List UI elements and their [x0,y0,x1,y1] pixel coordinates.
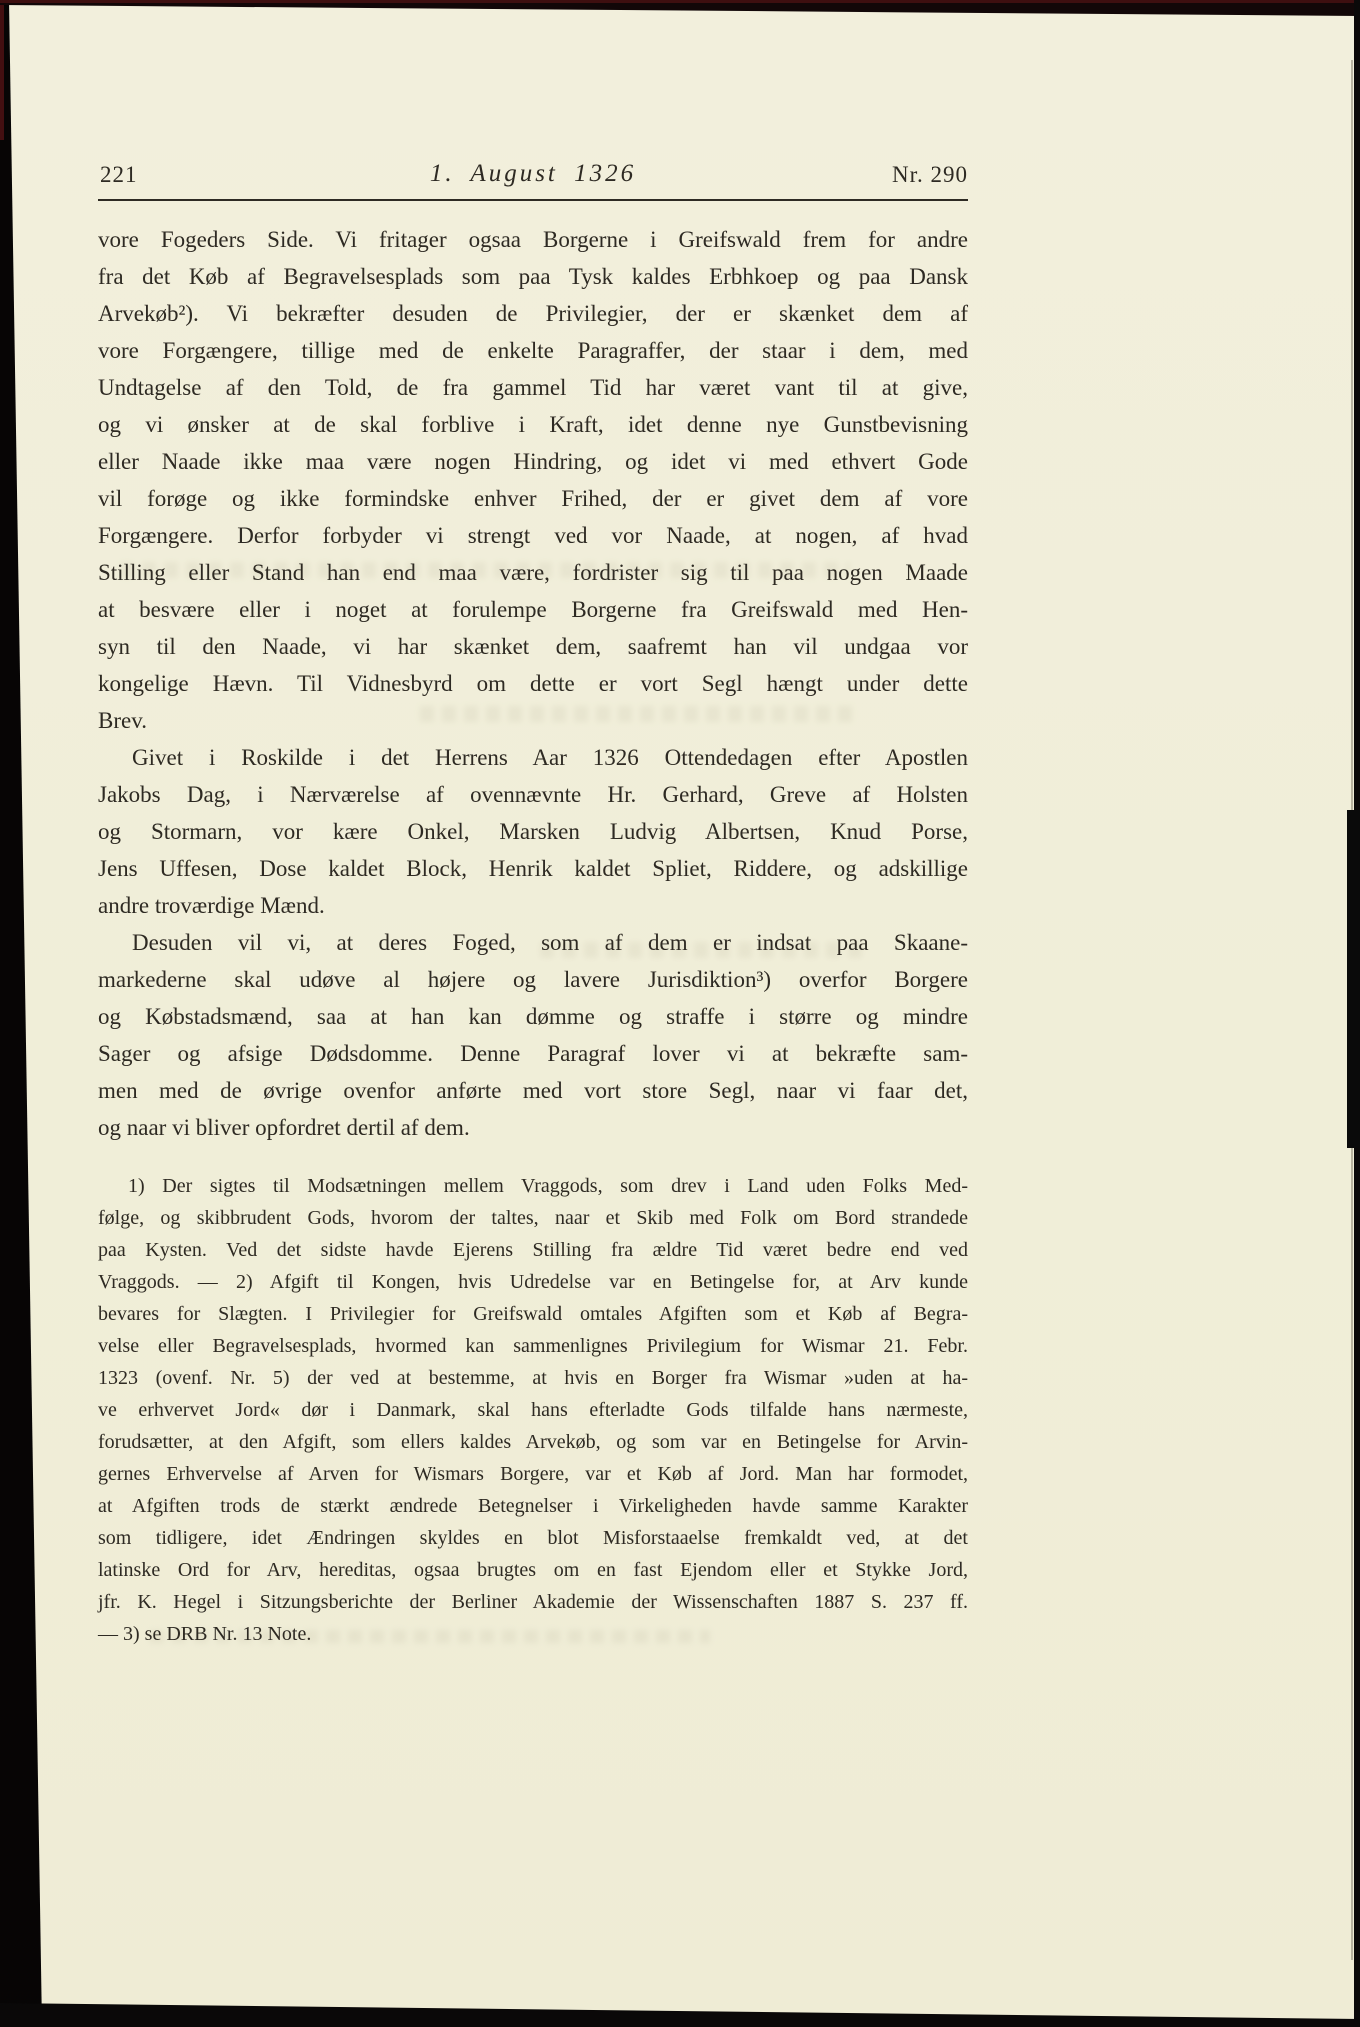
footnote-line: gernes Erhvervelse af Arven for Wismars … [98,1458,968,1490]
body-line: at besvære eller i noget at forulempe Bo… [98,591,968,628]
header-date-title: 1. August 1326 [98,160,968,188]
body-line: men med de øvrige ovenfor anførte med vo… [98,1072,968,1109]
scanned-book-page: 221 1. August 1326 Nr. 290 vore Fogeders… [0,0,1360,2027]
footnote-line: bevares for Slægten. I Privilegier for G… [98,1298,968,1330]
footnote-line: følge, og skibbrudent Gods, hvorom der t… [98,1202,968,1234]
footnote-line: jfr. K. Hegel i Sitzungsberichte der Ber… [98,1586,968,1618]
footnote-line: ve erhvervet Jord« dør i Danmark, skal h… [98,1394,968,1426]
header-document-number: Nr. 290 [892,162,968,188]
footnote-section: 1) Der sigtes til Modsætningen mellem Vr… [98,1170,968,1650]
body-line: Jakobs Dag, i Nærværelse af ovennævnte H… [98,776,968,813]
body-line: og naar vi bliver opfordret dertil af de… [98,1109,968,1146]
body-line: Forgængere. Derfor forbyder vi strengt v… [98,517,968,554]
body-line: markederne skal udøve al højere og laver… [98,961,968,998]
body-line: andre troværdige Mænd. [98,887,968,924]
footnote-line: latinske Ord for Arv, hereditas, ogsaa b… [98,1554,968,1586]
body-line: Desuden vil vi, at deres Foged, som af d… [98,924,968,961]
body-line: eller Naade ikke maa være nogen Hindring… [98,443,968,480]
body-line: fra det Køb af Begravelsesplads som paa … [98,258,968,295]
body-line: og Købstadsmænd, saa at han kan dømme og… [98,998,968,1035]
scan-border-bottom [0,2001,1360,2027]
body-line: Jens Uffesen, Dose kaldet Block, Henrik … [98,850,968,887]
body-line: vore Fogeders Side. Vi fritager ogsaa Bo… [98,221,968,258]
body-line: og vi ønsker at de skal forblive i Kraft… [98,406,968,443]
footnote-line: velse eller Begravelsesplads, hvormed ka… [98,1330,968,1362]
body-line: vil forøge og ikke formindske enhver Fri… [98,480,968,517]
footnote-line: som tidligere, idet Ændringen skyldes en… [98,1522,968,1554]
body-line: Stilling eller Stand han end maa være, f… [98,554,968,591]
scan-border-left-red-tint [0,0,4,140]
page-content: 221 1. August 1326 Nr. 290 vore Fogeders… [98,0,968,1650]
body-line: og Stormarn, vor kære Onkel, Marsken Lud… [98,813,968,850]
footnote-line: forudsætter, at den Afgift, som ellers k… [98,1426,968,1458]
body-line: Givet i Roskilde i det Herrens Aar 1326 … [98,739,968,776]
body-text: vore Fogeders Side. Vi fritager ogsaa Bo… [98,221,968,1146]
body-line: syn til den Naade, vi har skænket dem, s… [98,628,968,665]
footnote-line: 1323 (ovenf. Nr. 5) der ved at bestemme,… [98,1362,968,1394]
scan-border-left [0,0,44,2027]
body-line: Arvekøb²). Vi bekræfter desuden de Privi… [98,295,968,332]
footnote-line: Vraggods. — 2) Afgift til Kongen, hvis U… [98,1266,968,1298]
body-line: Undtagelse af den Told, de fra gammel Ti… [98,369,968,406]
header-rule [98,199,968,201]
footnote-line: — 3) se DRB Nr. 13 Note. [98,1618,968,1650]
footnote-line: paa Kysten. Ved det sidste havde Ejerens… [98,1234,968,1266]
footnote-line: at Afgiften trods de stærkt ændrede Bete… [98,1490,968,1522]
body-line: vore Forgængere, tillige med de enkelte … [98,332,968,369]
scan-border-right-bar [1347,810,1360,1148]
body-line: Sager og afsige Dødsdomme. Denne Paragra… [98,1035,968,1072]
page-header: 221 1. August 1326 Nr. 290 [98,154,968,188]
body-line: Brev. [98,702,968,739]
footnote-line: 1) Der sigtes til Modsætningen mellem Vr… [98,1170,968,1202]
body-line: kongelige Hævn. Til Vidnesbyrd om dette … [98,665,968,702]
